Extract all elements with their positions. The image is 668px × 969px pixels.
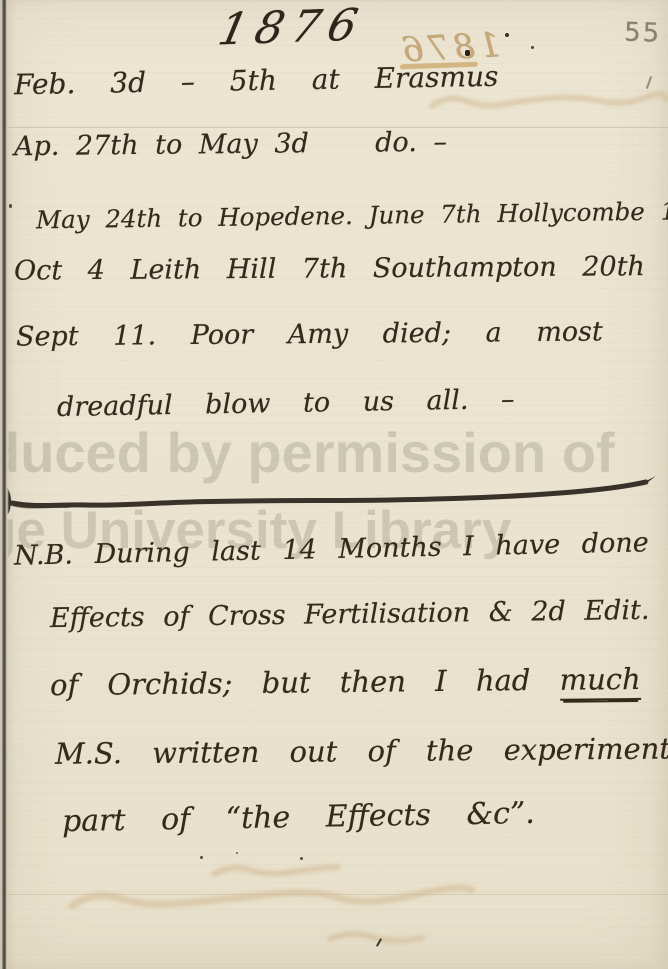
- journal-entry-line: dreadful blow to us all. –: [57, 384, 515, 423]
- manuscript-page-scan: 1876 duced by permission of ge Universit…: [0, 0, 668, 969]
- journal-entry-line: Oct 4 Leith Hill 7th Southampton 20th Ho…: [14, 250, 668, 286]
- note-line: of Orchids; but then I had much: [50, 662, 641, 702]
- paper-crease-line: [0, 894, 668, 895]
- watermark-line-1: duced by permission of: [0, 420, 615, 485]
- ink-speck: [465, 50, 470, 56]
- paper-speck: [300, 857, 303, 860]
- pencil-slash-mark: [646, 76, 652, 89]
- paper-speck: [9, 204, 12, 208]
- note-line: Effects of Cross Fertilisation & 2d Edit…: [50, 595, 650, 634]
- ink-speck: [531, 46, 534, 49]
- year-heading: 1876: [214, 0, 370, 55]
- note-line-text: of Orchids; but then I had: [50, 663, 560, 702]
- underlined-word: much: [559, 662, 641, 701]
- ink-speck: [505, 33, 509, 37]
- journal-entry-line: May 24th to Hopedene. June 7th Hollycomb…: [36, 195, 668, 235]
- paper-speck: [200, 856, 203, 859]
- note-line: part of “the Effects &c”.: [62, 796, 535, 839]
- paper-speck: [236, 852, 238, 854]
- ink-speck: [376, 938, 382, 947]
- journal-entry-line: Sept 11. Poor Amy died; a most: [16, 316, 603, 352]
- journal-entry-line: Feb. 3d – 5th at Erasmus: [14, 60, 499, 101]
- page-number: 55: [623, 17, 661, 48]
- note-line: M.S. written out of the experimental: [55, 731, 668, 771]
- journal-entry-line: Ap. 27th to May 3d do. –: [14, 127, 447, 163]
- binding-edge: [0, 0, 9, 969]
